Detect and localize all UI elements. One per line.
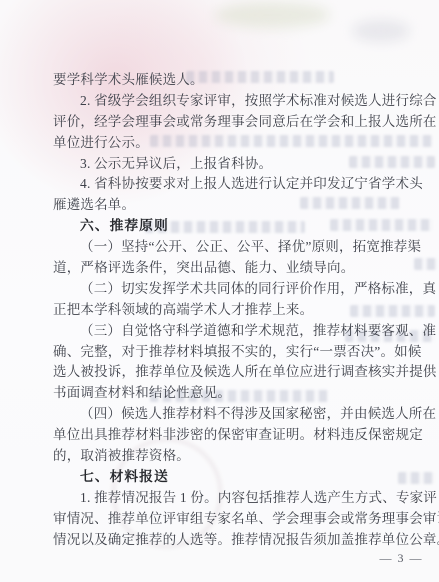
text-line: （二）切实发挥学术共同体的同行评价作用，严格标准，真 (53, 279, 425, 300)
text-line: 道，严格评选条件，突出品德、能力、业绩导向。 (53, 258, 425, 279)
text-line: 选人被投诉，推荐单位及候选人所在单位应进行调查核实并提供 (53, 362, 425, 383)
body-text: 要学科学术头雁候选人。2. 省级学会组织专家评审，按照学术标准对候选人进行综合评… (53, 70, 425, 550)
text-line: 雁遴选名单。 (53, 195, 425, 216)
text-line: 书面调查材料和结论性意见。 (53, 383, 425, 404)
text-line: 4. 省科协按要求对上报人选进行认定并印发辽宁省学术头 (53, 174, 425, 195)
text-line: 2. 省级学会组织专家评审，按照学术标准对候选人进行综合 (53, 91, 425, 112)
text-line: 单位进行公示。 (53, 133, 425, 154)
section-heading: 六、推荐原则 (53, 216, 425, 237)
text-line: 确、完整，对于推荐材料填报不实的，实行“一票否决”。如候 (53, 342, 425, 363)
text-line: （四）候选人推荐材料不得涉及国家秘密，并由候选人所在 (53, 404, 425, 425)
scan-smudge (352, 20, 410, 42)
text-line: 审情况、推荐单位评审组专家名单、学会理事会或常务理事会审议 (53, 509, 425, 530)
text-line: 1. 推荐情况报告 1 份。内容包括推荐人选产生方式、专家评 (53, 488, 425, 509)
page-number: — 3 — (53, 551, 423, 566)
text-line: 要学科学术头雁候选人。 (53, 70, 425, 91)
text-line: 的，取消被推荐资格。 (53, 446, 425, 467)
text-line: 3. 公示无异议后，上报省科协。 (53, 154, 425, 175)
text-line: （三）自觉恪守科学道德和学术规范，推荐材料要客观、准 (53, 321, 425, 342)
text-line: 评价，经学会理事会或常务理事会同意后在学会和上报人选所在 (53, 112, 425, 133)
text-line: 单位出具推荐材料非涉密的保密审查证明。材料违反保密规定 (53, 425, 425, 446)
section-heading: 七、材料报送 (53, 467, 425, 488)
text-line: （一）坚持“公开、公正、公平、择优”原则，拓宽推荐渠 (53, 237, 425, 258)
scan-smudge (215, 2, 330, 28)
text-line: 正把本学科领域的高端学术人才推荐上来。 (53, 300, 425, 321)
scanned-document-page: 要学科学术头雁候选人。2. 省级学会组织专家评审，按照学术标准对候选人进行综合评… (0, 0, 439, 582)
text-line: 情况以及确定推荐的人选等。推荐情况报告须加盖推荐单位公章。 (53, 530, 425, 551)
